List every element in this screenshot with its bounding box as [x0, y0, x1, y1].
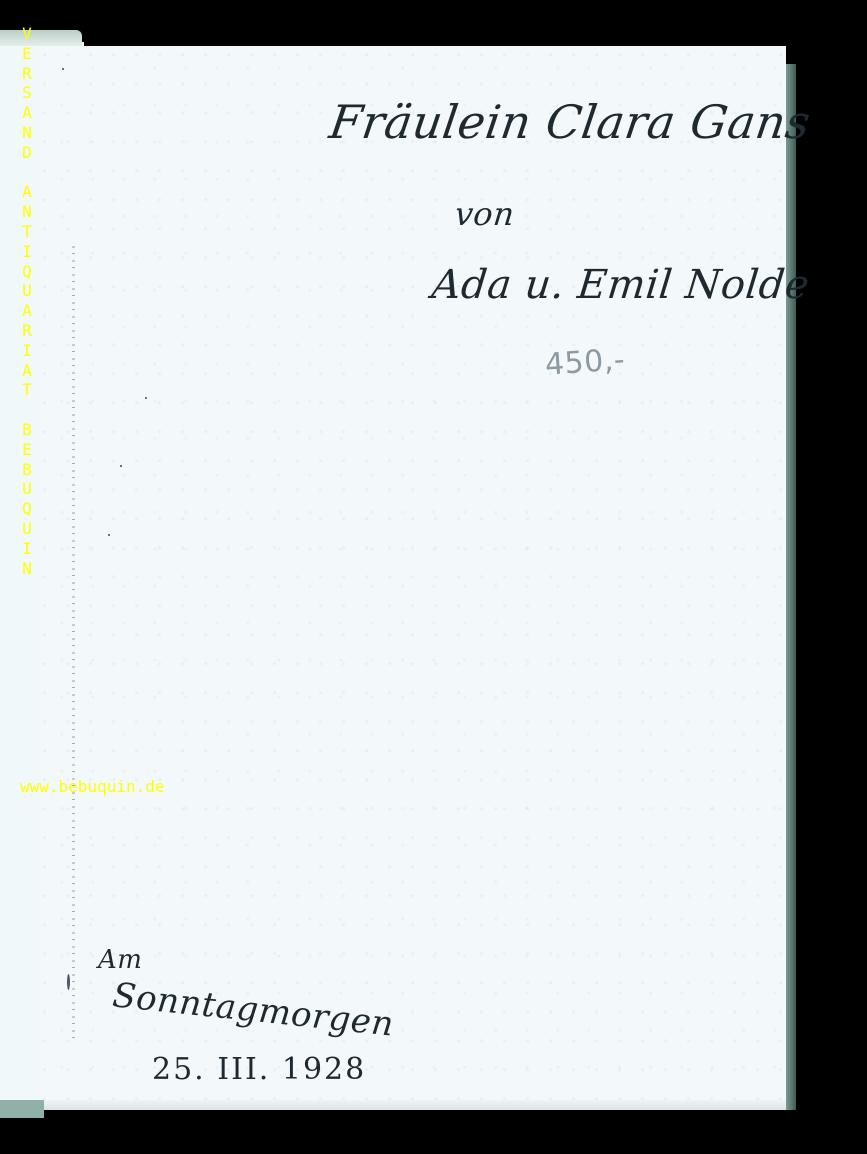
cover-board-right-edge	[786, 64, 796, 1110]
watermark-url: www.bebuquin.de	[20, 777, 165, 796]
gutter-fold-line	[72, 240, 75, 1040]
handwritten-am: Am	[98, 945, 142, 975]
handwritten-date: 25. III. 1928	[152, 1052, 366, 1087]
scanned-book-spread: Fräulein Clara Gans von Ada u. Emil Nold…	[0, 0, 867, 1154]
handwritten-von: von	[453, 195, 516, 233]
watermark-vertical-text: VERSAND ANTIQUARIAT BEBUQUIN	[20, 24, 34, 578]
flyleaf-page	[40, 46, 786, 1108]
page-bottom-edge	[40, 1100, 786, 1110]
cover-board-top-edge	[0, 30, 82, 46]
handwritten-recipient: Fräulein Clara Gans	[326, 95, 814, 149]
pencil-price-note: 450,-	[544, 342, 626, 383]
cover-board-bottom-edge	[0, 1100, 44, 1118]
handwritten-senders: Ada u. Emil Nolde	[430, 262, 812, 308]
